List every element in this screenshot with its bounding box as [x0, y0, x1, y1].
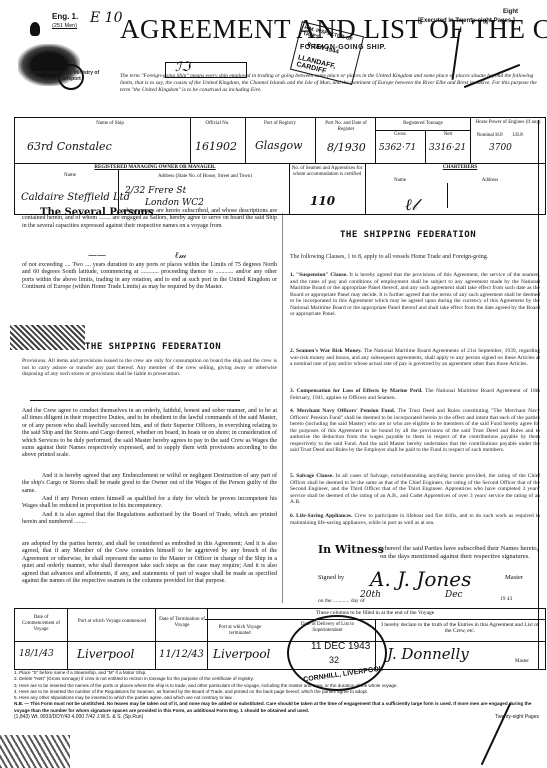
header-owner-address: Address (State No. of House, Street and … [150, 174, 260, 180]
clause-1-text: It is hereby agreed that the provisions … [290, 272, 540, 317]
header-gross: Gross [377, 132, 423, 138]
col-divider [245, 118, 246, 163]
stamp-date: 11 DEC 1943 [311, 641, 370, 652]
year-label: 19 43 [500, 596, 512, 603]
handwritten-reference: E 10 [90, 10, 122, 26]
printer-code: (1,843) Wt. 9933/DDY/43 4,000 7/42 J.W.S… [14, 714, 143, 720]
incompetent-clause: And if any Person enters himself as qual… [22, 496, 277, 511]
value-owner-address-1: 2/32 Frere St [125, 186, 186, 196]
col-divider [425, 130, 426, 163]
header-official-no: Official No. [195, 121, 240, 127]
footnotes: 1. Place "S" before name if a Steamship,… [14, 670, 539, 714]
voyage-table: Date of Commencement of Voyage Port at w… [14, 608, 546, 670]
clause-3-num: 3. [290, 388, 294, 394]
master-label: Master [505, 574, 523, 582]
header-declaration: I hereby declare to the truth of the Ent… [380, 622, 540, 634]
header-port-of-registry: Port of Registry [250, 121, 310, 127]
header-name-of-ship: Name of Ship [70, 121, 150, 127]
header-horse-power: Horse Power of Engines (if any) [472, 120, 544, 126]
header-charterer-address: Address [470, 178, 510, 184]
value-nett-tonnage: 3316·21 [429, 143, 466, 153]
value-owner-name: Caldaire Steffield Ltd [21, 192, 130, 203]
header-charterers: CHARTERERS [415, 165, 505, 171]
clause-2: 2. Seamen's War Risk Money. The National… [290, 348, 540, 368]
header-owner-name: Name [45, 173, 95, 179]
value-date-commencement: 18/1/43 [19, 649, 54, 659]
header-registered-tonnage: Registered Tonnage [377, 121, 469, 127]
value-master-signature: J. Donnelly [387, 645, 469, 663]
scan-noise [0, 735, 70, 768]
conduct-clause: And the Crew agree to conduct themselves… [22, 408, 277, 460]
value-date-termination: 11/12/43 [159, 649, 204, 660]
clause-1-num: 1. [290, 272, 294, 278]
in-witness-heading: In Witness [318, 543, 384, 556]
value-owner-address-2: London WC2 [145, 198, 204, 208]
ship-particulars-table: Name of Ship Official No. Port of Regist… [14, 117, 546, 215]
shipping-federation-heading-left: THE SHIPPING FEDERATION [85, 342, 221, 352]
col-divider [365, 163, 366, 214]
page-edge [538, 120, 539, 670]
header-registered-owner: REGISTERED MANAGING OWNER OR MANAGER. [65, 165, 245, 171]
row-divider [15, 641, 545, 642]
value-gross-tonnage: 5362·71 [379, 143, 416, 153]
clause-6-num: 6. [290, 513, 294, 519]
col-divider [155, 609, 156, 669]
redacted-stamp-area [10, 325, 85, 350]
row-divider [15, 163, 545, 164]
col-divider [375, 118, 376, 163]
header-date-commencement: Date of Commencement of Voyage [17, 615, 65, 633]
value-port-no-date: 8/1930 [327, 141, 366, 154]
value-port-terminated: Liverpool [213, 647, 270, 661]
value-master-label: Master [515, 659, 529, 665]
footnote-nb: N.B. — This Form must not be unstitched.… [14, 701, 539, 714]
value-port-commenced: Liverpool [77, 647, 134, 661]
ship-type-heading: FOREIGN-GOING SHIP. [300, 44, 386, 51]
regulations-clause: And it is also agreed that the Regulatio… [22, 512, 277, 527]
col-divider [289, 163, 290, 214]
clause-2-num: 2. [290, 348, 294, 354]
form-subcode: (251 Men) [52, 23, 77, 29]
col-divider [315, 118, 316, 163]
value-official-no: 161902 [195, 140, 237, 153]
form-code: Eng. 1. [52, 12, 78, 21]
clause-4-text: The Trust Deed and Rules constituting "T… [290, 408, 540, 453]
signed-month: Dec [445, 590, 463, 600]
clause-1: 1. "Suspension" Clause. It is hereby agr… [290, 272, 540, 318]
several-persons-text: whose names are hereto subscribed, and w… [22, 208, 277, 230]
col-divider [470, 118, 471, 163]
clause-6-title: Life-Saving Appliances. [296, 513, 352, 519]
handwritten-mark: ℓ𝓁 [405, 195, 417, 215]
col-divider [190, 118, 191, 163]
provisions-clause: Provisions. All items and provisions iss… [22, 358, 277, 378]
clause-5: 5. Salvage Clause. In all cases of Salva… [290, 473, 540, 506]
header-nett: Nett [427, 132, 469, 138]
value-seamen-count: 110 [310, 194, 335, 208]
printer-line: (1,843) Wt. 9933/DDY/43 4,000 7/42 J.W.S… [14, 714, 539, 720]
header-port-no-date: Port No. and Date of Register [320, 121, 372, 133]
embezzlement-clause: And it is hereby agreed that any Embezzl… [22, 473, 277, 495]
clause-4: 4. Merchant Navy Officers' Pension Fund.… [290, 408, 540, 454]
foreign-going-definition: The term "Foreign-going Ship" means ever… [120, 73, 540, 94]
handwritten-dash: —— ℓ𝓂 [88, 250, 186, 261]
col-divider [447, 183, 448, 208]
clause-5-num: 5. [290, 473, 294, 479]
on-day-label: on the ............ day of [318, 598, 365, 605]
header-port-terminated: Port at which Voyage terminated [210, 625, 270, 637]
in-witness-text: whereof the said Parties have subscribed… [380, 545, 540, 561]
clause-4-title: Merchant Navy Officers' Pension Fund. [297, 408, 395, 414]
value-name-of-ship: 63rd Constalec [27, 140, 112, 153]
sub-divider [375, 130, 470, 131]
clause-1-title: "Suspension" Clause. [296, 272, 348, 278]
header-port-commenced: Port at which Voyage commenced [73, 619, 151, 625]
grievance-clause: are adopted by the parties hereto, and s… [22, 541, 277, 585]
voyage-clause: of not exceeding .... Two .... years dur… [22, 262, 277, 292]
col-divider [207, 609, 208, 669]
clause-4-num: 4. [290, 408, 294, 414]
clause-3-title: Compensation for Loss of Effects by Mari… [297, 388, 423, 394]
header-seamen-count: No. of Seamen and Apprentices for whom a… [291, 166, 363, 178]
col-divider [67, 609, 68, 669]
divider [30, 400, 240, 401]
header-charterer-name: Name [380, 178, 420, 184]
header-nhp: Nominal H.P. [472, 133, 508, 139]
col-divider [118, 170, 119, 210]
stamp-number: 32 [329, 655, 339, 665]
header-ihp: I.H.P. [508, 133, 528, 139]
clause-5-title: Salvage Clause. [296, 473, 333, 479]
value-horse-power: 3700 [489, 143, 512, 153]
clause-3: 3. Compensation for Loss of Effects by M… [290, 388, 540, 401]
signed-by-label: Signed by [318, 574, 344, 582]
clause-2-title: Seamen's War Risk Money. [296, 348, 362, 354]
header-end-of-voyage: These columns to be filled in at the end… [215, 610, 535, 616]
clause-6: 6. Life-Saving Appliances. Crew to parti… [290, 513, 540, 526]
value-port-of-registry: Glasgow [255, 139, 303, 152]
ink-blot [30, 22, 40, 36]
clauses-intro: The following Clauses, 1 to 8, apply to … [290, 254, 540, 261]
column-divider [282, 213, 283, 603]
header-date-termination: Date of Termination of Voyage [158, 617, 206, 629]
shipping-federation-heading-right: THE SHIPPING FEDERATION [340, 230, 476, 240]
crest-caption: Crown Copyright · Ministry of War Transp… [24, 70, 104, 82]
master-signature: A. J. Jones [370, 567, 471, 591]
